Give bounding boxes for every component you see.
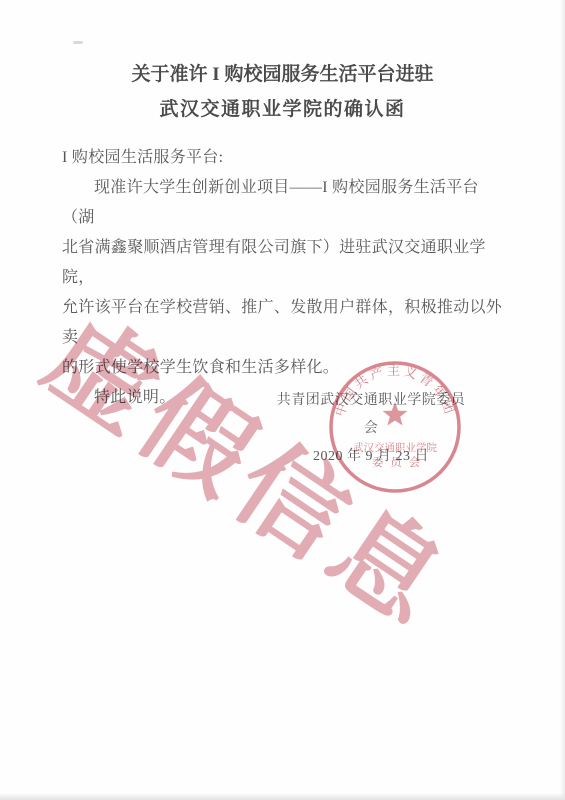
body-line-4: 的形式使学校学生饮食和生活多样化。 xyxy=(62,353,507,383)
scan-edge-shadow-right xyxy=(560,0,565,800)
body-line-3: 允许该平台在学校营销、推广、发散用户群体，积极推动以外卖 xyxy=(62,293,507,353)
body-line-1: 现准许大学生创新创业项目——I 购校园服务生活平台（湖 xyxy=(62,173,507,233)
salutation: I 购校园生活服务平台: xyxy=(62,143,507,173)
signature-block: 共青团武汉交通职业学院委员会 2020 年 9 月 23 日 xyxy=(270,387,472,471)
document-title: 关于准许 I 购校园服务生活平台进驻 武汉交通职业学院的确认函 xyxy=(0,57,565,127)
document-body: I 购校园生活服务平台: 现准许大学生创新创业项目——I 购校园服务生活平台（湖… xyxy=(62,143,507,413)
body-line-2: 北省满鑫聚顺酒店管理有限公司旗下）进驻武汉交通职业学院， xyxy=(62,233,507,293)
signature-date: 2020 年 9 月 23 日 xyxy=(270,443,472,471)
scanned-letter-page: 关于准许 I 购校园服务生活平台进驻 武汉交通职业学院的确认函 I 购校园生活服… xyxy=(0,0,565,800)
scan-artifact-dash xyxy=(73,41,83,44)
scan-edge-shadow-bottom xyxy=(0,793,565,800)
title-line-2: 武汉交通职业学院的确认函 xyxy=(0,92,565,127)
title-line-1: 关于准许 I 购校园服务生活平台进驻 xyxy=(0,57,565,92)
signature-org: 共青团武汉交通职业学院委员会 xyxy=(270,387,472,443)
